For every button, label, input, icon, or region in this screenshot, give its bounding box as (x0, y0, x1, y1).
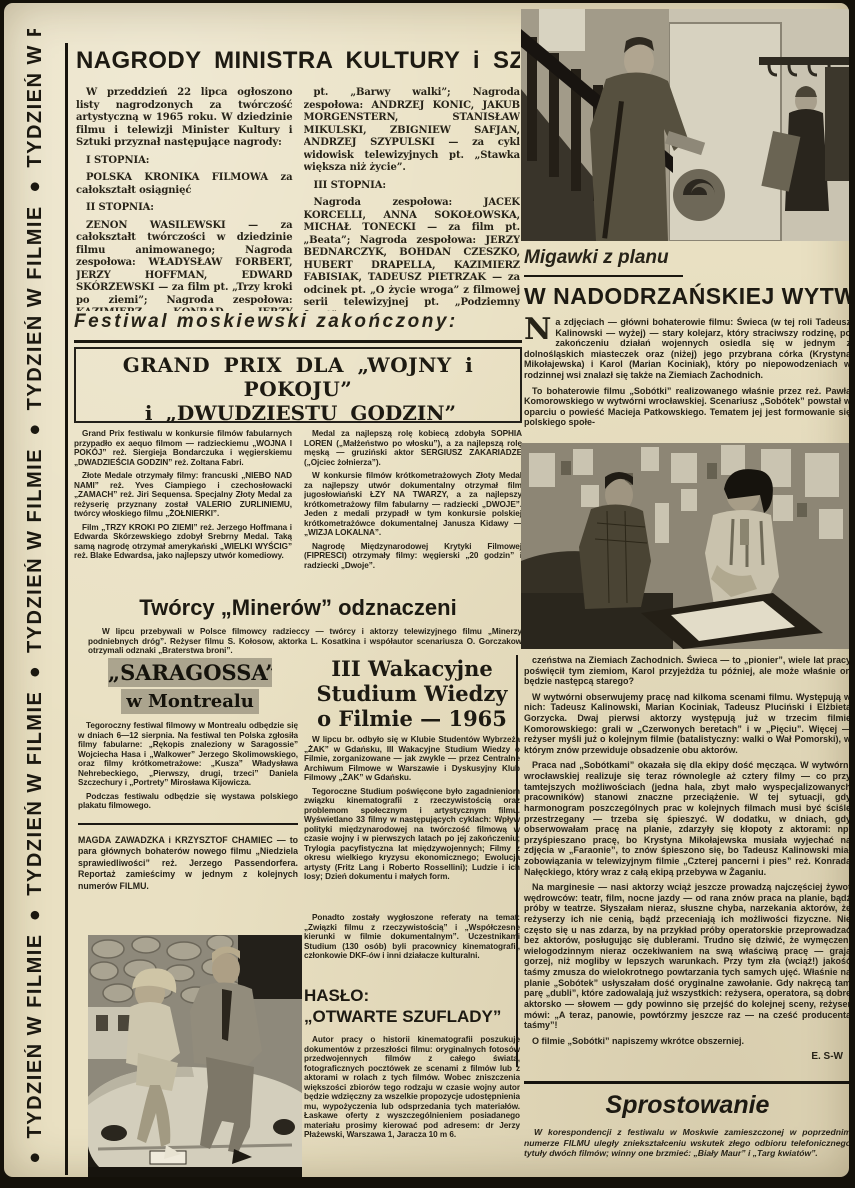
paragraph: ZENON WASILEWSKI — za całokształt twórcz… (76, 220, 293, 312)
studium-headline-line3: o Filmie — 1965 (304, 707, 520, 731)
intro-paragraph-2: To bohaterowie filmu „Sobótki” realizowa… (524, 386, 849, 428)
column-divider (516, 655, 518, 1067)
car (88, 1067, 302, 1177)
festival-article: Grand Prix festiwalu w konkursie filmów … (74, 429, 522, 597)
minerzy-headline: Twórcy „Minerów” odznaczeni (74, 595, 522, 623)
paragraph: Autor pracy o historii kinematografii po… (304, 1035, 520, 1140)
paragraph: Medal za najlepszą rolę kobiecą zdobyła … (304, 429, 522, 467)
photo-film-still-stairs (521, 9, 849, 241)
actors-on-car-image (88, 935, 302, 1177)
awards-headline: NAGRODY MINISTRA KULTURY i SZTUKI (76, 47, 520, 77)
paragraph: pt. „Barwy walki”; Nagroda zespołowa: AN… (304, 87, 521, 175)
wytwornia-article: czeństwa na Ziemiach Zachodnich. Świeca … (524, 655, 849, 1071)
festival-column-2: Medal za najlepszą rolę kobiecą zdobyła … (304, 429, 522, 597)
sprostowanie-headline: Sprostowanie (524, 1091, 849, 1123)
saragossa-headline-line2: w Montrealu (121, 689, 259, 714)
magazine-sidebar-banner: ● TYDZIEŃ W FILMIE ● TYDZIEŃ W FILMIE ● … (24, 29, 62, 1169)
paragraph: Na marginesie — nasi aktorzy wciąż jeszc… (524, 882, 849, 1031)
studium-article-continued: Ponadto zostały wygłoszone referaty na t… (304, 913, 520, 981)
paragraph: Podczas festiwalu odbędzie się wystawa p… (78, 792, 298, 811)
paragraph: III STOPNIA: (304, 180, 521, 193)
photo-caption: MAGDA ZAWADZKA i KRZYSZTOF CHAMIEC — to … (78, 835, 298, 913)
sprostowanie-divider (524, 1081, 849, 1084)
festival-headline-line1: GRAND PRIX DLA „WOJNY i POKOJU” (84, 353, 512, 401)
author-signature: E. S-W (524, 1051, 849, 1062)
festival-headline-box: GRAND PRIX DLA „WOJNY i POKOJU” i „DWUDZ… (74, 347, 522, 423)
paragraph: Grand Prix festiwalu w konkursie filmów … (74, 429, 292, 467)
haslo-label: HASŁO: (304, 985, 520, 1006)
haslo-title-text: „OTWARTE SZUFLADY” (304, 1006, 520, 1027)
studium-headline-line2: Studium Wiedzy (304, 682, 520, 707)
paragraph: Nagrodę Międzynarodowej Krytyki Filmowej… (304, 542, 522, 571)
magazine-page: ● TYDZIEŃ W FILMIE ● TYDZIEŃ W FILMIE ● … (4, 3, 849, 1177)
paragraph: W przeddzień 22 lipca ogłoszono listy na… (76, 87, 293, 150)
studium-headline-line1: III Wakacyjne (304, 657, 520, 682)
festival-column-1: Grand Prix festiwalu w konkursie filmów … (74, 429, 292, 597)
studium-article: W lipcu br. odbyło się w Klubie Studentó… (304, 735, 520, 911)
paragraph: POLSKA KRONIKA FILMOWA za całokształt os… (76, 172, 293, 197)
haslo-headline: HASŁO: „OTWARTE SZUFLADY” (304, 985, 520, 1031)
paragraph: I STOPNIA: (76, 155, 293, 168)
migawki-kicker: Migawki z planu (524, 247, 683, 277)
paragraph: Nagroda zespołowa: JACEK KORCELLI, ANNA … (304, 197, 521, 311)
film-still-stairs-image (521, 9, 849, 241)
haslo-article: Autor pracy o historii kinematografii po… (304, 1035, 520, 1163)
awards-column-1: W przeddzień 22 lipca ogłoszono listy na… (76, 87, 293, 311)
paragraph: II STOPNIA: (76, 202, 293, 215)
paragraph: Praca nad „Sobótkami” okazała się dla ek… (524, 760, 849, 877)
festival-kicker: Festiwal moskiewski zakończony: (74, 311, 522, 343)
section-divider (78, 823, 298, 825)
saragossa-article: Tegoroczny festiwal filmowy w Montrealu … (78, 721, 298, 819)
paragraph: W konkursie filmów krótkometrażowych Zło… (304, 471, 522, 538)
saragossa-headline-line1: „SARAGOSSA” (108, 658, 272, 687)
paragraph: Tegoroczny festiwal filmowy w Montrealu … (78, 721, 298, 788)
paragraph: czeństwa na Ziemiach Zachodnich. Świeca … (524, 655, 849, 687)
paragraph: O filmie „Sobótki” napiszemy wkrótce obs… (524, 1036, 849, 1047)
intro-paragraph: Na zdjęciach — główni bohaterowie filmu:… (524, 317, 849, 381)
wytwornia-headline: W NADODRZAŃSKIEJ WYTWÓRNI (524, 283, 849, 311)
wytwornia-paragraphs: czeństwa na Ziemiach Zachodnich. Świeca … (524, 655, 849, 1046)
paragraph: W korespondencji z festiwalu w Moskwie z… (524, 1127, 849, 1159)
festival-headline-line2: i „DWUDZIESTU GODZIN” (84, 401, 512, 423)
dropcap-letter: N (524, 318, 551, 342)
paragraph: Ponadto zostały wygłoszone referaty na t… (304, 913, 520, 961)
paragraph: Złote Medale otrzymały filmy: francuski … (74, 471, 292, 519)
film-still-room-image (521, 443, 849, 649)
sprostowanie-article: W korespondencji z festiwalu w Moskwie z… (524, 1127, 849, 1177)
paragraph: W lipcu br. odbyło się w Klubie Studentó… (304, 735, 520, 783)
paragraph: MAGDA ZAWADZKA i KRZYSZTOF CHAMIEC — to … (78, 835, 298, 892)
photo-film-still-room (521, 443, 849, 649)
awards-article: W przeddzień 22 lipca ogłoszono listy na… (76, 87, 520, 311)
paragraph: Tegoroczne Studium poświęcone było zagad… (304, 787, 520, 882)
studium-headline: III Wakacyjne Studium Wiedzy o Filmie — … (304, 657, 520, 731)
paragraph: W wytwórni obserwujemy pracę nad kilkoma… (524, 692, 849, 756)
photo-actors-on-car (88, 935, 302, 1177)
sidebar-divider (65, 43, 68, 1175)
paragraph: W lipcu przebywali w Polsce filmowcy rad… (88, 627, 522, 656)
wytwornia-intro: Na zdjęciach — główni bohaterowie filmu:… (524, 317, 849, 441)
intro-text: a zdjęciach — główni bohaterowie filmu: … (524, 317, 849, 380)
paragraph: To bohaterowie filmu „Sobótki” realizowa… (524, 386, 849, 428)
awards-column-2: pt. „Barwy walki”; Nagroda zespołowa: AN… (304, 87, 521, 311)
paragraph: Film „TRZY KROKI PO ZIEMI” reż. Jerzego … (74, 523, 292, 561)
